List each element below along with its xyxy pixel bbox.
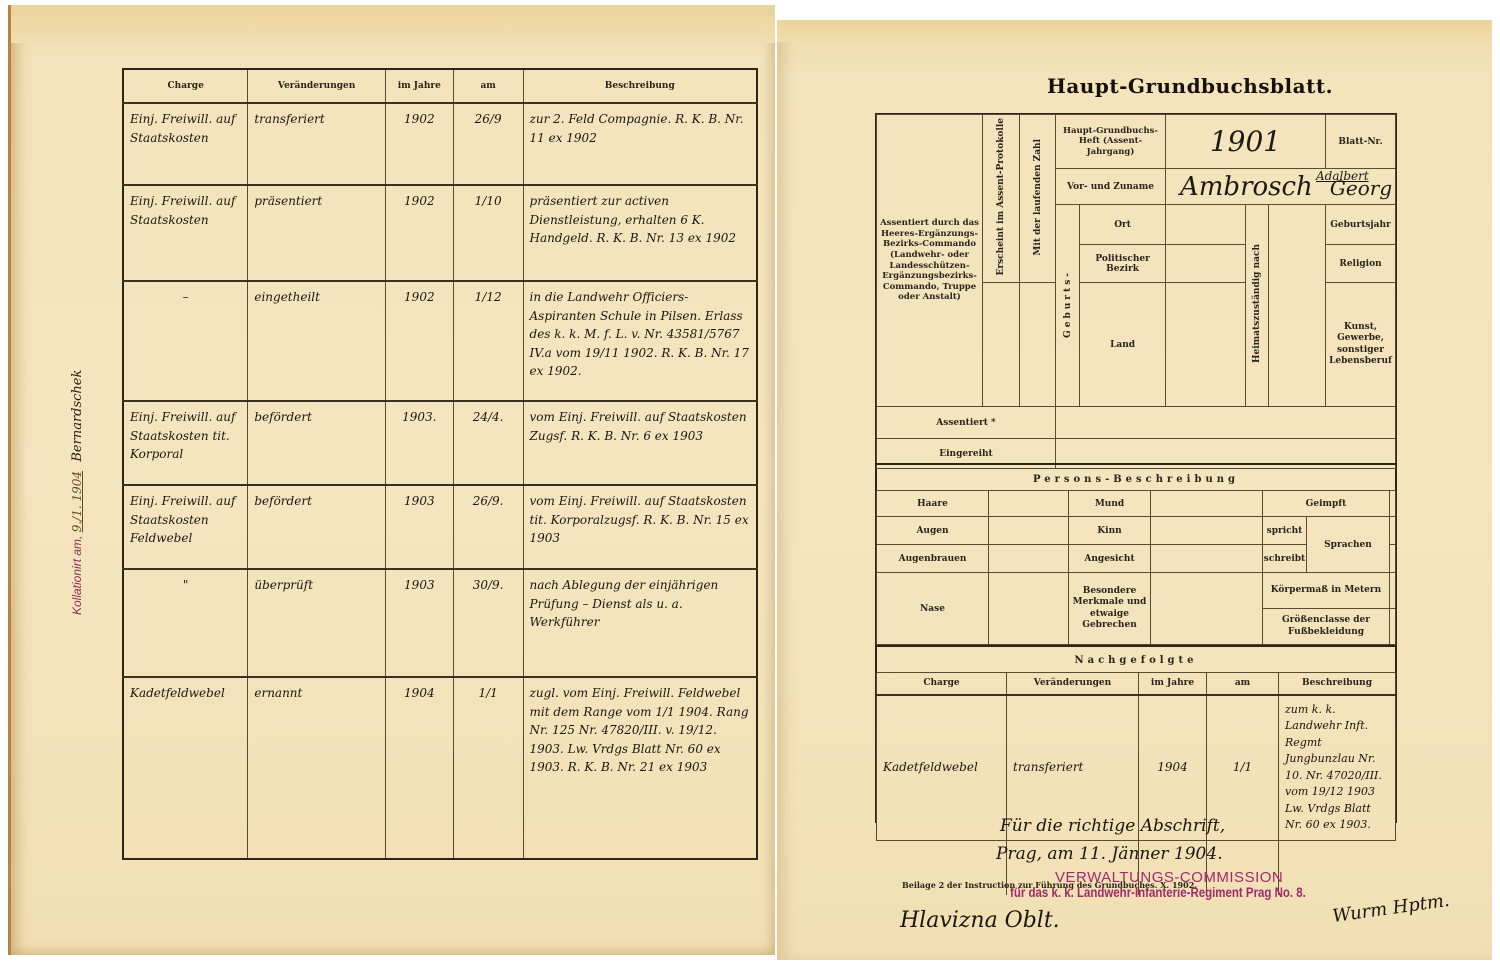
merkmale-label: Besondere Merkmale und etwaige Gebrechen bbox=[1069, 573, 1151, 645]
header-year: im Jahre bbox=[1139, 673, 1207, 695]
augenbrauen-value bbox=[989, 545, 1069, 573]
kollation-label: Kollationirt am, bbox=[70, 536, 84, 615]
cell-description: vom Einj. Freiwill. auf Staatskosten Zug… bbox=[523, 401, 757, 485]
heft-value: 1901 bbox=[1166, 115, 1326, 169]
cell-year: 1902 bbox=[385, 281, 453, 401]
service-record-table: Charge Veränderungen im Jahre am Beschre… bbox=[122, 68, 758, 860]
nachgefolgte-title: Nachgefolgte bbox=[875, 655, 1397, 666]
table-row: Einj. Freiwill. auf Staatskosten transfe… bbox=[123, 103, 757, 185]
cell-year: 1902 bbox=[385, 185, 453, 281]
cell-day: 30/9. bbox=[453, 569, 523, 677]
name-annotation: Adalbert bbox=[1316, 169, 1369, 183]
table-header-row: Charge Veränderungen im Jahre am Beschre… bbox=[877, 673, 1396, 695]
section-divider bbox=[876, 463, 1396, 465]
header-description: Beschreibung bbox=[1279, 673, 1396, 695]
groessenclasse-value bbox=[1390, 609, 1396, 645]
header-charge: Charge bbox=[123, 69, 248, 103]
cell-description: vom Einj. Freiwill. auf Staatskosten tit… bbox=[523, 485, 757, 569]
geburts-label: Geburts- bbox=[1063, 270, 1073, 338]
header-day: am bbox=[453, 69, 523, 103]
sprachen-label: Sprachen bbox=[1307, 517, 1390, 573]
kollation-date: 9./1. 1904 bbox=[70, 471, 84, 532]
header-description: Beschreibung bbox=[523, 69, 757, 103]
header-year: im Jahre bbox=[385, 69, 453, 103]
heimat-label: Heimatszuständig nach bbox=[1252, 244, 1262, 363]
cell-change: eingetheilt bbox=[248, 281, 386, 401]
table-row: " überprüft 1903 30/9. nach Ablegung der… bbox=[123, 569, 757, 677]
groessenclasse-label: Größenclasse der Fußbekleidung bbox=[1263, 609, 1390, 645]
geburtsjahr-label: Geburtsjahr bbox=[1326, 205, 1396, 245]
attestation: Für die richtige Abschrift, Prag, am 11.… bbox=[1000, 812, 1225, 868]
bezirk-value bbox=[1166, 245, 1246, 283]
koerpermass-label: Körpermaß in Metern bbox=[1263, 573, 1390, 609]
nase-value bbox=[989, 573, 1069, 645]
beruf-label: Kunst, Gewerbe, sonstiger Lebensberuf bbox=[1326, 283, 1396, 407]
cell-change: befördert bbox=[248, 401, 386, 485]
haare-label: Haare bbox=[877, 491, 989, 517]
merkmale-value bbox=[1151, 573, 1263, 645]
heimat-inner: Heimatszuständig nach bbox=[1246, 205, 1325, 406]
cell-day: 24/4. bbox=[453, 401, 523, 485]
page-fold-strip bbox=[11, 5, 775, 43]
kinn-value bbox=[1151, 517, 1263, 545]
laufende-zahl-cell: Mit der laufenden Zahl bbox=[1020, 115, 1056, 283]
assentiert-row-value bbox=[1056, 407, 1396, 439]
geimpft-value bbox=[1390, 491, 1396, 517]
geburts-cell: Geburts- bbox=[1056, 205, 1080, 407]
ort-label: Ort bbox=[1080, 205, 1166, 245]
assentiert-by-label: Assentiert durch das Heeres-Ergänzungs-B… bbox=[877, 216, 982, 305]
cell-day: 26/9. bbox=[453, 485, 523, 569]
schreibt-value bbox=[1390, 545, 1396, 573]
cell-change: präsentiert bbox=[248, 185, 386, 281]
angesicht-value bbox=[1151, 545, 1263, 573]
personsbeschreibung-title: Persons-Beschreibung bbox=[875, 474, 1397, 485]
blatt-label: Blatt-Nr. bbox=[1326, 115, 1396, 169]
table-header-row: Charge Veränderungen im Jahre am Beschre… bbox=[123, 69, 757, 103]
signature-left: Hlavizna Oblt. bbox=[900, 908, 1060, 933]
cell-change: überprüft bbox=[248, 569, 386, 677]
laufende-zahl-label: Mit der laufenden Zahl bbox=[1033, 139, 1043, 256]
religion-label: Religion bbox=[1326, 245, 1396, 283]
table-row: Einj. Freiwill. auf Staatskosten präsent… bbox=[123, 185, 757, 281]
geimpft-label: Geimpft bbox=[1263, 491, 1390, 517]
personsbeschreibung-grid: Haare Mund Geimpft Augen Kinn spricht Sp… bbox=[876, 490, 1396, 645]
name-value-cell: Ambrosch Adalbert Georg bbox=[1166, 169, 1396, 205]
cell-year: 1903 bbox=[385, 569, 453, 677]
schreibt-label: schreibt bbox=[1263, 545, 1307, 573]
header-day: am bbox=[1207, 673, 1279, 695]
haare-value bbox=[989, 491, 1069, 517]
header-charge: Charge bbox=[877, 673, 1007, 695]
cell-change: transferiert bbox=[248, 103, 386, 185]
stamp-line-2: für das k. k. Landwehr-Infanterie-Regime… bbox=[1010, 886, 1306, 900]
augen-value bbox=[989, 517, 1069, 545]
section-divider bbox=[876, 645, 1396, 647]
cell-day: 1/10 bbox=[453, 185, 523, 281]
personal-data-grid: Assentiert durch das Heeres-Ergänzungs-B… bbox=[876, 114, 1396, 469]
table-row: Einj. Freiwill. auf Staatskosten Feldweb… bbox=[123, 485, 757, 569]
cell-year: 1903. bbox=[385, 401, 453, 485]
cell-description: präsentiert zur activen Dienstleistung, … bbox=[523, 185, 757, 281]
commission-stamp: VERWALTUNGS-COMMISSION für das k. k. Lan… bbox=[1010, 870, 1358, 900]
cell-charge: Einj. Freiwill. auf Staatskosten tit. Ko… bbox=[123, 401, 248, 485]
page-fold-strip bbox=[777, 20, 1492, 42]
cell-day: 26/9 bbox=[453, 103, 523, 185]
cell-charge: " bbox=[123, 569, 248, 677]
cell-charge: – bbox=[123, 281, 248, 401]
heimat-value bbox=[1268, 205, 1325, 406]
spricht-label: spricht bbox=[1263, 517, 1307, 545]
cell-change: befördert bbox=[248, 485, 386, 569]
angesicht-label: Angesicht bbox=[1069, 545, 1151, 573]
cell-change: ernannt bbox=[248, 677, 386, 859]
augen-label: Augen bbox=[877, 517, 989, 545]
heimat-block: Heimatszuständig nach bbox=[1246, 205, 1326, 407]
cell-charge: Kadetfeldwebel bbox=[123, 677, 248, 859]
cell-year: 1902 bbox=[385, 103, 453, 185]
erscheint-cell: Erscheint im Assent-Protokolle bbox=[983, 115, 1020, 283]
koerpermass-value bbox=[1390, 573, 1396, 609]
nase-label: Nase bbox=[877, 573, 989, 645]
table-row: Einj. Freiwill. auf Staatskosten tit. Ko… bbox=[123, 401, 757, 485]
name-surname: Ambrosch bbox=[1166, 172, 1313, 202]
cell-day: 1/1 bbox=[453, 677, 523, 859]
cell-description: in die Landwehr Officiers-Aspiranten Sch… bbox=[523, 281, 757, 401]
cell-charge: Kadetfeldwebel bbox=[877, 695, 1007, 841]
stamp-line-1: VERWALTUNGS-COMMISSION bbox=[1010, 870, 1358, 886]
land-label: Land bbox=[1080, 283, 1166, 407]
table-row: Kadetfeldwebel ernannt 1904 1/1 zugl. vo… bbox=[123, 677, 757, 859]
heft-label: Haupt-Grundbuchs-Heft (Assent-Jahrgang) bbox=[1056, 115, 1166, 169]
cell-description: zugl. vom Einj. Freiwill. Feldwebel mit … bbox=[523, 677, 757, 859]
kollation-signature: Bernardschek bbox=[70, 370, 85, 462]
kinn-label: Kinn bbox=[1069, 517, 1151, 545]
cell-day: 1/12 bbox=[453, 281, 523, 401]
land-value bbox=[1166, 283, 1246, 407]
header-changes: Veränderungen bbox=[248, 69, 386, 103]
cell-description: nach Ablegung der einjährigen Prüfung – … bbox=[523, 569, 757, 677]
mund-label: Mund bbox=[1069, 491, 1151, 517]
mund-value bbox=[1151, 491, 1263, 517]
table-row: – eingetheilt 1902 1/12 in die Landwehr … bbox=[123, 281, 757, 401]
assentiert-by-cell: Assentiert durch das Heeres-Ergänzungs-B… bbox=[877, 115, 983, 407]
cell-description: zur 2. Feld Compagnie. R. K. B. Nr. 11 e… bbox=[523, 103, 757, 185]
name-label: Vor- und Zuname bbox=[1056, 169, 1166, 205]
page-title: Haupt-Grundbuchsblatt. bbox=[1040, 74, 1340, 98]
erscheint-label: Erscheint im Assent-Protokolle bbox=[996, 118, 1006, 276]
cell-description: zum k. k. Landwehr Inft. Regmt Jungbunzl… bbox=[1279, 695, 1396, 841]
heimat-cell: Heimatszuständig nach bbox=[1246, 205, 1268, 406]
spricht-value bbox=[1390, 517, 1396, 545]
header-changes: Veränderungen bbox=[1007, 673, 1139, 695]
attestation-line-1: Für die richtige Abschrift, bbox=[1000, 812, 1225, 840]
cell-charge: Einj. Freiwill. auf Staatskosten Feldweb… bbox=[123, 485, 248, 569]
cell-charge: Einj. Freiwill. auf Staatskosten bbox=[123, 103, 248, 185]
assentiert-row-label: Assentiert * bbox=[877, 407, 1056, 439]
attestation-line-2: Prag, am 11. Jänner 1904. bbox=[996, 840, 1225, 868]
cell-charge: Einj. Freiwill. auf Staatskosten bbox=[123, 185, 248, 281]
bezirk-label: Politischer Bezirk bbox=[1080, 245, 1166, 283]
cell-year: 1904 bbox=[385, 677, 453, 859]
augenbrauen-label: Augenbrauen bbox=[877, 545, 989, 573]
kollationirt-margin-stamp: Kollationirt am, 9./1. 1904 Bernardschek bbox=[70, 370, 85, 615]
cell-year: 1903 bbox=[385, 485, 453, 569]
ort-value bbox=[1166, 205, 1246, 245]
